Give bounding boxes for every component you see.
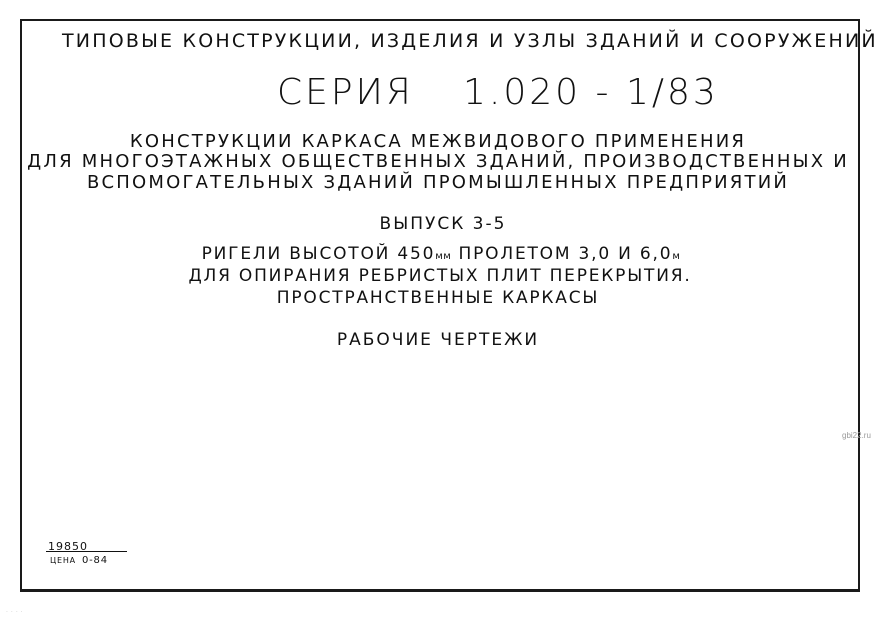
description-line-2: ДЛЯ ОПИРАНИЯ РЕБРИСТЫХ ПЛИТ ПЕРЕКРЫТИЯ. bbox=[2, 266, 876, 286]
price-label: ЦЕНА bbox=[50, 556, 76, 565]
subtitle-line-3: ВСПОМОГАТЕЛЬНЫХ ЗДАНИЙ ПРОМЫШЛЕННЫХ ПРЕД… bbox=[0, 172, 876, 193]
print-run-divider bbox=[46, 551, 127, 552]
scan-artifact: ···· bbox=[6, 609, 26, 616]
issue-number: ВЫПУСК 3-5 bbox=[5, 214, 876, 234]
description-line-1: РИГЕЛИ ВЫСОТОЙ 450мм ПРОЛЕТОМ 3,0 И 6,0м bbox=[3, 244, 876, 264]
description-height: РИГЕЛИ ВЫСОТОЙ 450 bbox=[202, 244, 436, 264]
series-number: 1.020 - 1/83 bbox=[463, 72, 719, 113]
price-value: 0-84 bbox=[82, 555, 108, 566]
header-title: ТИПОВЫЕ КОНСТРУКЦИИ, ИЗДЕЛИЯ И УЗЛЫ ЗДАН… bbox=[62, 30, 862, 52]
document-type: РАБОЧИЕ ЧЕРТЕЖИ bbox=[0, 330, 876, 350]
description-span: ПРОЛЕТОМ 3,0 И 6,0 bbox=[451, 244, 672, 264]
subtitle-line-2: ДЛЯ МНОГОЭТАЖНЫХ ОБЩЕСТВЕННЫХ ЗДАНИЙ, ПР… bbox=[0, 151, 876, 172]
price: ЦЕНА0-84 bbox=[50, 555, 108, 566]
description-line-3: ПРОСТРАНСТВЕННЫЕ КАРКАСЫ bbox=[0, 288, 876, 308]
unit-m: м bbox=[672, 251, 680, 262]
series-label: СЕРИЯ bbox=[277, 72, 414, 113]
unit-mm: мм bbox=[435, 251, 451, 262]
watermark: gbi22.ru bbox=[842, 431, 871, 440]
subtitle-line-1: КОНСТРУКЦИИ КАРКАСА МЕЖВИДОВОГО ПРИМЕНЕН… bbox=[0, 131, 876, 152]
